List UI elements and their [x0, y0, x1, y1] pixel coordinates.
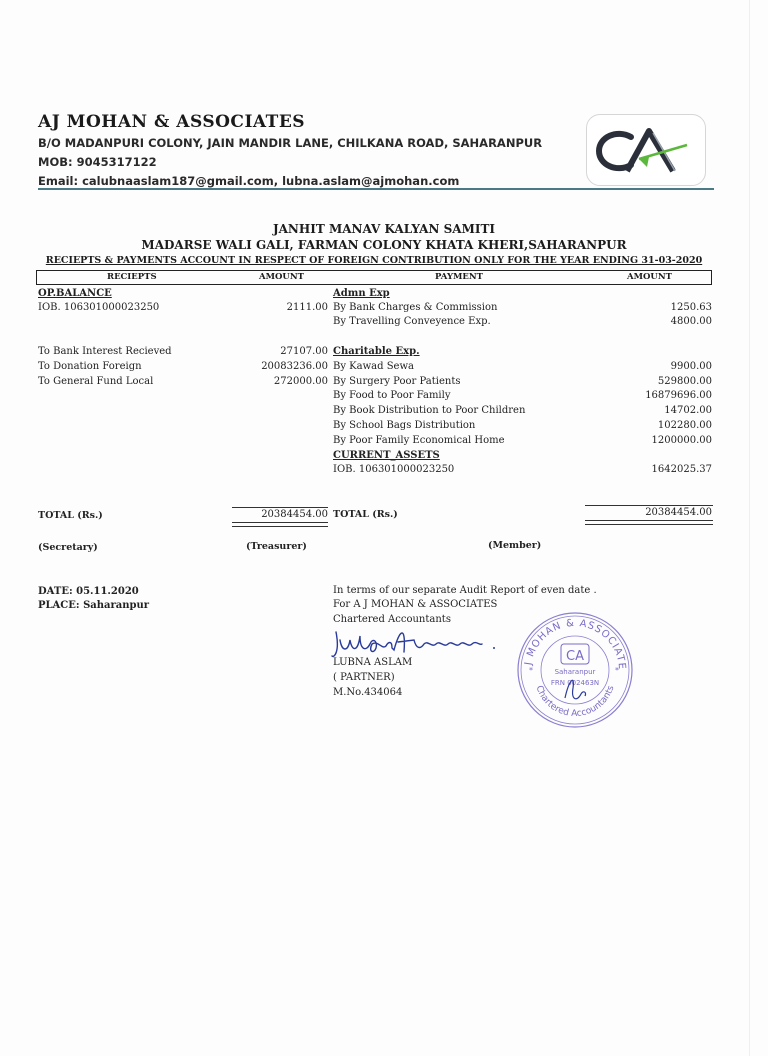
payment-label: By Travelling Conveyence Exp.	[333, 316, 491, 327]
date-label: DATE: 05.11.2020	[38, 586, 139, 597]
payment-label: By Bank Charges & Commission	[333, 302, 497, 313]
receipt-label: To Donation Foreign	[38, 361, 142, 372]
receipt-label: To Bank Interest Recieved	[38, 346, 172, 357]
svg-text:Saharanpur: Saharanpur	[555, 668, 596, 676]
total-amount-right: 20384454.00	[572, 507, 712, 518]
member-label: (Member)	[488, 540, 541, 551]
signature-icon	[330, 622, 500, 662]
letterhead-divider	[38, 188, 714, 190]
payment-amount: 529800.00	[572, 376, 712, 387]
svg-text:FRN 002463N: FRN 002463N	[551, 679, 599, 687]
svg-text:Chartered Accountants: Chartered Accountants	[534, 684, 617, 719]
charitable-exp-heading: Charitable Exp.	[333, 346, 420, 357]
op-balance-heading: OP.BALANCE	[38, 288, 112, 299]
receipt-label: IOB. 106301000023250	[38, 302, 159, 313]
firm-email: Email: calubnaaslam187@gmail.com, lubna.…	[38, 174, 459, 188]
payment-amount: 4800.00	[572, 316, 712, 327]
firm-mobile: MOB: 9045317122	[38, 155, 157, 169]
receipt-label: To General Fund Local	[38, 376, 153, 387]
membership-number: M.No.434064	[333, 687, 402, 698]
payment-amount: 1200000.00	[572, 435, 712, 446]
payment-amount: 1642025.37	[572, 464, 712, 475]
receipt-amount: 2111.00	[218, 302, 328, 313]
ca-logo-icon	[587, 115, 705, 185]
receipt-amount: 272000.00	[218, 376, 328, 387]
svg-text:*: *	[529, 666, 533, 675]
payment-label: By Surgery Poor Patients	[333, 376, 460, 387]
table-header: RECIEPTS AMOUNT PAYMENT AMOUNT	[36, 270, 712, 285]
total-label-right: TOTAL (Rs.)	[333, 509, 398, 520]
scan-edge	[749, 0, 750, 1056]
organisation-address: MADARSE WALI GALI, FARMAN COLONY KHATA K…	[0, 238, 768, 252]
partner-role: ( PARTNER)	[333, 672, 395, 683]
total-double-rule-left	[232, 522, 328, 527]
current-assets-heading: CURRENT_ASSETS	[333, 450, 440, 461]
header-payment: PAYMENT	[435, 272, 483, 282]
payment-label: By School Bags Distribution	[333, 420, 475, 431]
payment-label: By Kawad Sewa	[333, 361, 414, 372]
total-double-rule-right	[585, 520, 713, 525]
total-amount-left: 20384454.00	[218, 509, 328, 520]
firm-address: B/O MADANPURI COLONY, JAIN MANDIR LANE, …	[38, 136, 542, 150]
ca-logo	[586, 114, 706, 186]
header-payment-amount: AMOUNT	[627, 272, 672, 282]
payment-label: By Poor Family Economical Home	[333, 435, 505, 446]
statement-title: RECIEPTS & PAYMENTS ACCOUNT IN RESPECT O…	[36, 255, 712, 266]
payment-amount: 102280.00	[572, 420, 712, 431]
header-receipts: RECIEPTS	[107, 272, 157, 282]
secretary-label: (Secretary)	[38, 542, 98, 553]
admn-exp-heading: Admn Exp	[333, 288, 390, 299]
receipt-amount: 20083236.00	[218, 361, 328, 372]
payment-label: IOB. 106301000023250	[333, 464, 454, 475]
organisation-name: JANHIT MANAV KALYAN SAMITI	[0, 222, 768, 236]
payment-label: By Food to Poor Family	[333, 390, 450, 401]
payment-amount: 9900.00	[572, 361, 712, 372]
payment-amount: 14702.00	[572, 405, 712, 416]
header-receipts-amount: AMOUNT	[259, 272, 304, 282]
receipt-amount: 27107.00	[218, 346, 328, 357]
total-rule-right	[585, 505, 713, 506]
payment-label: By Book Distribution to Poor Children	[333, 405, 525, 416]
document-page: AJ MOHAN & ASSOCIATES B/O MADANPURI COLO…	[0, 0, 768, 1056]
place-label: PLACE: Saharanpur	[38, 600, 149, 611]
total-rule-left	[232, 507, 328, 508]
total-label-left: TOTAL (Rs.)	[38, 510, 103, 521]
svg-text:*: *	[615, 666, 619, 675]
audit-line: In terms of our separate Audit Report of…	[333, 585, 597, 596]
payment-amount: 1250.63	[572, 302, 712, 313]
treasurer-label: (Treasurer)	[246, 541, 307, 552]
firm-name: AJ MOHAN & ASSOCIATES	[38, 112, 305, 132]
for-firm: For A J MOHAN & ASSOCIATES	[333, 599, 497, 610]
firm-stamp-icon: A J MOHAN & ASSOCIATES Chartered Account…	[515, 610, 635, 730]
payment-amount: 16879696.00	[572, 390, 712, 401]
svg-text:CA: CA	[566, 649, 584, 664]
partner-name: LUBNA ASLAM	[333, 657, 412, 668]
